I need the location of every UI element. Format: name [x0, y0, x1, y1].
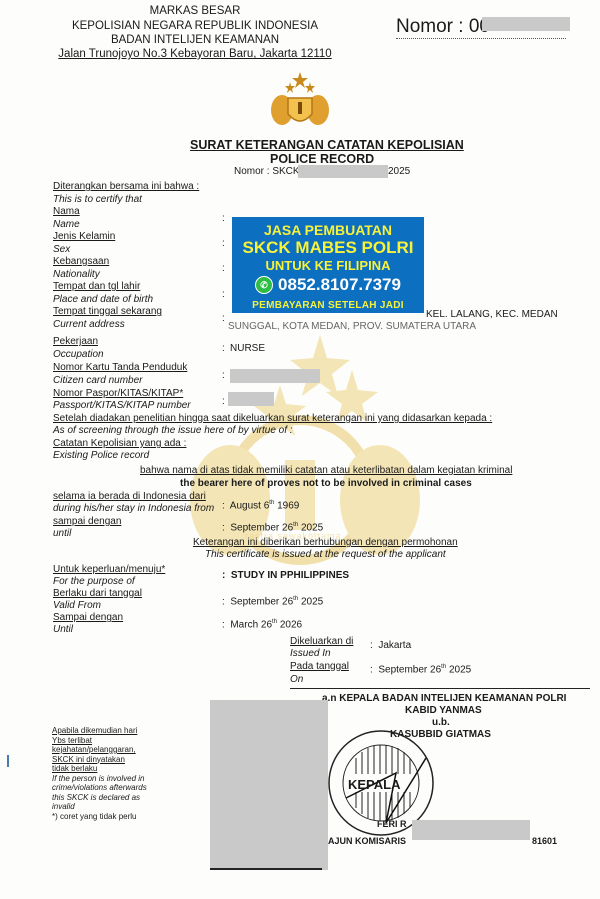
- signature-line-3: u.b.: [432, 717, 450, 728]
- colon: :: [222, 263, 225, 274]
- stay-until-value: : September 26th 2025: [222, 519, 323, 534]
- screening-en: As of screening through the issue here o…: [53, 425, 293, 437]
- header-address: Jalan Trunojoyo No.3 Kebayoran Baru, Jak…: [40, 47, 350, 62]
- field-label-en: Nationality: [53, 269, 100, 281]
- issued-date-value: : September 26th 2025: [370, 661, 471, 676]
- signatory-rank: AJUN KOMISARIS: [328, 836, 406, 846]
- purpose-id: Untuk keperluan/menuju*: [53, 564, 165, 576]
- valid-until-en: Until: [53, 624, 73, 636]
- issued-date-id: Pada tanggal: [290, 661, 349, 673]
- colon: :: [222, 289, 225, 300]
- field-label-en: Place and date of birth: [53, 294, 153, 306]
- ad-line-1: JASA PEMBUATAN: [232, 222, 424, 238]
- field-label-en: Occupation: [53, 349, 104, 361]
- field-value: KEL. LALANG, KEC. MEDAN: [426, 309, 558, 321]
- screening-id: Setelah diadakan penelitian hingga saat …: [53, 413, 492, 425]
- field-label-id: Kebangsaan: [53, 256, 109, 268]
- ad-line-2: SKCK MABES POLRI: [232, 238, 424, 258]
- colon: :: [222, 343, 225, 355]
- footnote-en-line: crime/violations afterwards: [52, 783, 147, 793]
- footnote: Apabila dikemudian hari Ybs terlibat kej…: [52, 726, 147, 821]
- field-label-en: Passport/KITAS/KITAP number: [53, 400, 191, 412]
- signatory-name-redacted: [412, 820, 530, 840]
- header-line-3: BADAN INTELIJEN KEAMANAN: [40, 33, 350, 48]
- stay-until-id: sampai dengan: [53, 516, 121, 528]
- margin-mark: [7, 755, 9, 767]
- field-label-en: Citizen card number: [53, 375, 142, 387]
- header-line-1: MARKAS BESAR: [40, 4, 350, 19]
- record-label-id: Catatan Kepolisian yang ada :: [53, 438, 186, 450]
- statement-id: bahwa nama di atas tidak memiliki catata…: [140, 465, 512, 476]
- footnote-id-line: kejahatan/pelanggaran,: [52, 745, 147, 755]
- footnote-id-line: Apabila dikemudian hari: [52, 726, 147, 736]
- signatory-nrp: 81601: [532, 836, 557, 846]
- colon: :: [222, 238, 225, 249]
- whatsapp-icon: ✆: [255, 276, 273, 294]
- stay-from-en: during his/her stay in Indonesia from: [53, 503, 214, 515]
- signature-line-1: a.n KEPALA BADAN INTELIJEN KEAMANAN POLR…: [322, 693, 566, 704]
- field-value: NURSE: [230, 343, 265, 355]
- stay-from-id: selama ia berada di Indonesia dari: [53, 491, 206, 503]
- intro-id: Diterangkan bersama ini bahwa :: [53, 181, 199, 193]
- serial-number-label: Nomor : 00: [396, 16, 490, 38]
- issued-date-en: On: [290, 674, 303, 686]
- issued-place-id: Dikeluarkan di: [290, 636, 353, 648]
- serial-underline: [396, 38, 566, 39]
- ad-phone[interactable]: 0852.8107.7379: [278, 274, 401, 296]
- field-label-id: Jenis Kelamin: [53, 231, 115, 243]
- purpose-value: : STUDY IN PPHILIPPINES: [222, 570, 349, 582]
- document-number-prefix: Nomor : SKCK: [234, 166, 300, 177]
- valid-from-en: Valid From: [53, 600, 101, 612]
- issued-place-en: Issued In: [290, 648, 331, 660]
- signature-line-2: KABID YANMAS: [405, 705, 482, 716]
- ad-line-3: UNTUK KE FILIPINA: [232, 258, 424, 274]
- ad-phone-row[interactable]: ✆ 0852.8107.7379: [232, 274, 424, 296]
- colon: :: [222, 313, 225, 324]
- stay-from-value: : August 6th 1969: [222, 497, 299, 512]
- purpose-en: For the purpose of: [53, 576, 135, 588]
- request-en: This certificate is issued at the reques…: [205, 549, 446, 560]
- police-emblem-icon: [268, 72, 332, 128]
- intro-en: This is to certify that: [53, 194, 142, 206]
- field-label-id: Nama: [53, 206, 80, 218]
- stay-until-en: until: [53, 528, 71, 540]
- field-value-redacted: [230, 369, 320, 383]
- field-label-en: Sex: [53, 244, 70, 256]
- header-line-2: KEPOLISIAN NEGARA REPUBLIK INDONESIA: [40, 19, 350, 34]
- photo-redacted: [210, 700, 328, 870]
- footnote-en-line: If the person is involved in: [52, 774, 147, 784]
- signature-divider: [290, 688, 590, 689]
- record-label-en: Existing Police record: [53, 450, 149, 462]
- footnote-en-line: invalid: [52, 802, 147, 812]
- valid-until-id: Sampai dengan: [53, 612, 123, 624]
- field-value-redacted: [228, 392, 274, 406]
- field-label-id: Nomor Paspor/KITAS/KITAP*: [53, 388, 183, 400]
- statement-en: the bearer here of proves not to be invo…: [180, 478, 472, 489]
- field-label-id: Nomor Kartu Tanda Penduduk: [53, 362, 187, 374]
- issued-place-value: : Jakarta: [370, 640, 411, 652]
- document-number-redacted: [298, 165, 388, 178]
- stamp-center-text: KEPALA: [348, 777, 400, 792]
- footnote-id-line: Ybs terlibat: [52, 736, 147, 746]
- colon: :: [222, 396, 225, 407]
- serial-number-redacted: [482, 17, 570, 31]
- field-label-id: Tempat tinggal sekarang: [53, 306, 162, 318]
- field-label-en: Name: [53, 219, 80, 231]
- signatory-name: FERI R: [377, 819, 407, 829]
- document-subtitle: POLICE RECORD: [270, 152, 374, 166]
- colon: :: [222, 213, 225, 224]
- valid-from-id: Berlaku dari tanggal: [53, 588, 142, 600]
- advertisement-banner[interactable]: JASA PEMBUATAN SKCK MABES POLRI UNTUK KE…: [232, 217, 424, 313]
- ad-line-5: PEMBAYARAN SETELAH JADI: [232, 299, 424, 313]
- valid-until-value: : March 26th 2026: [222, 616, 302, 631]
- footnote-id-line: tidak berlaku: [52, 764, 147, 774]
- footnote-id-line: SKCK ini dinyatakan: [52, 755, 147, 765]
- colon: :: [222, 370, 225, 381]
- field-label-id: Pekerjaan: [53, 336, 98, 348]
- request-id: Keterangan ini diberikan berhubungan den…: [193, 537, 458, 548]
- valid-from-value: : September 26th 2025: [222, 593, 323, 608]
- field-label-id: Tempat dan tgl lahir: [53, 281, 140, 293]
- photo-frame-bottom: [210, 868, 322, 870]
- footnote-en-line: this SKCK is declared as: [52, 793, 147, 803]
- document-number-year: 2025: [388, 166, 410, 177]
- field-value-line-2: SUNGGAL, KOTA MEDAN, PROV. SUMATERA UTAR…: [228, 321, 476, 333]
- field-label-en: Current address: [53, 319, 125, 331]
- document-title: SURAT KETERANGAN CATATAN KEPOLISIAN: [190, 138, 464, 152]
- footnote-note: *) coret yang tidak perlu: [52, 812, 147, 822]
